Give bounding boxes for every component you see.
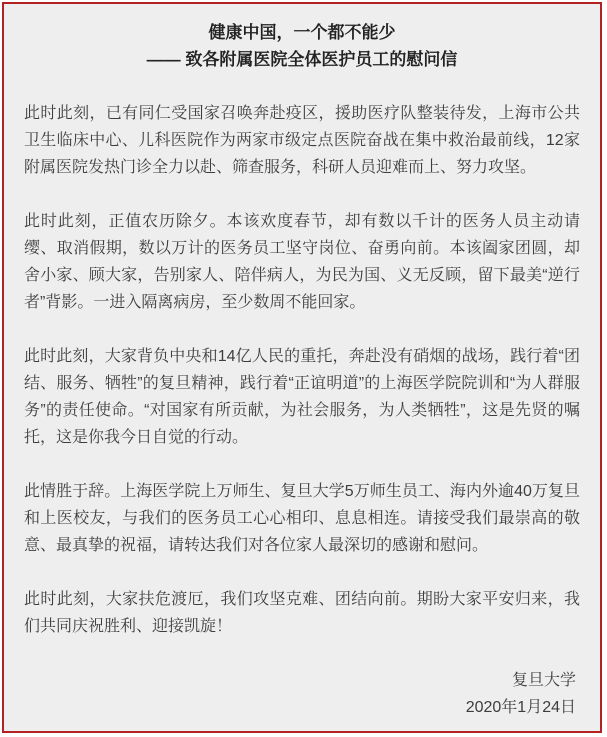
letter-title-line2: —— 致各附属医院全体医护员工的慰问信 <box>24 46 580 73</box>
letter-title-line1: 健康中国，一个都不能少 <box>24 19 580 46</box>
letter-paragraph-3: 此时此刻，大家背负中央和14亿人民的重托，奔赴没有硝烟的战场，践行着“团结、服务… <box>24 343 580 451</box>
signature-name: 复旦大学 <box>24 667 576 694</box>
letter-paragraph-2: 此时此刻，正值农历除夕。本该欢度春节，却有数以千计的医务人员主动请缨、取消假期，… <box>24 208 580 316</box>
letter-signature: 复旦大学 2020年1月24日 <box>24 667 580 721</box>
page: { "colors": { "border_red": "#b22222", "… <box>0 0 607 737</box>
letter-paragraph-1: 此时此刻，已有同仁受国家召唤奔赴疫区，援助医疗队整装待发，上海市公共卫生临床中心… <box>24 100 580 181</box>
condolence-letter: 健康中国，一个都不能少 —— 致各附属医院全体医护员工的慰问信 此时此刻，已有同… <box>2 2 602 733</box>
signature-date: 2020年1月24日 <box>24 694 576 721</box>
letter-paragraph-4: 此情胜于辞。上海医学院上万师生、复旦大学5万师生员工、海内外逾40万复旦和上医校… <box>24 478 580 559</box>
letter-paragraph-5: 此时此刻，大家扶危渡厄，我们攻坚克难、团结向前。期盼大家平安归来，我们共同庆祝胜… <box>24 586 580 640</box>
letter-title: 健康中国，一个都不能少 —— 致各附属医院全体医护员工的慰问信 <box>24 19 580 73</box>
